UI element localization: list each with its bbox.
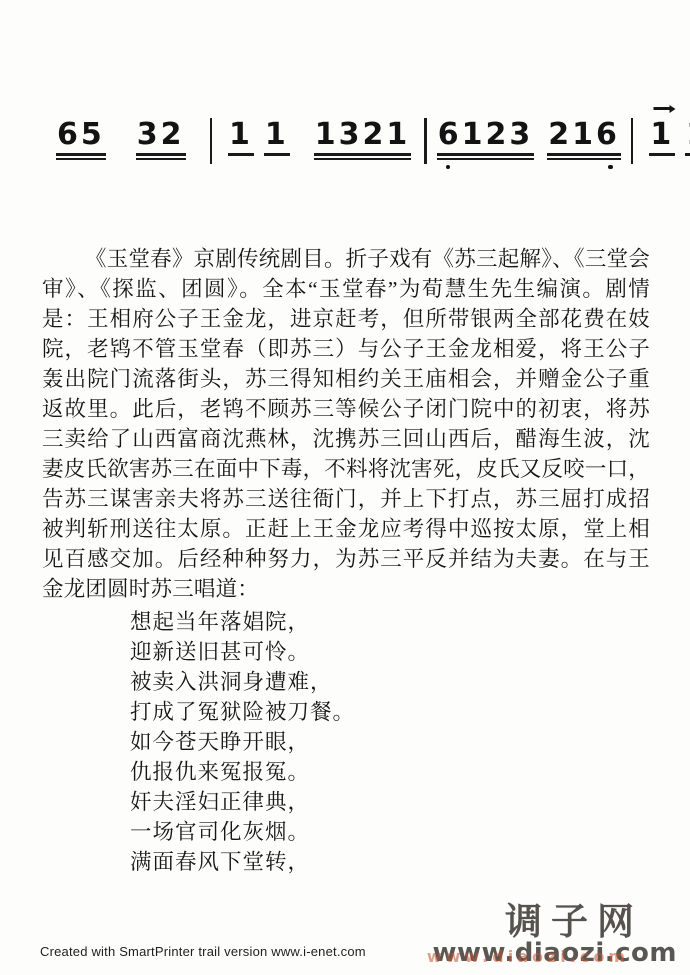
note-digits: 216	[547, 120, 621, 156]
verse-line: 满面春风下堂转，	[130, 847, 355, 877]
note-digits: 1	[649, 120, 675, 156]
jianpu-notation-line: 65 32 1 1 1321 6123 216 1 1	[56, 100, 690, 164]
prose-line: 见百感交加。后经种种努力，为苏三平反并结为夫妻。在与王	[42, 544, 650, 574]
scanned-book-page: 65 32 1 1 1321 6123 216 1 1	[0, 0, 690, 975]
note-group: 32	[136, 120, 186, 156]
prose-line: 轰出院门流落街头，苏三得知相约关王庙相会，并赠金公子重	[42, 364, 650, 394]
verse-line: 被卖入洪洞身遭难，	[130, 667, 355, 697]
note-group: 1	[649, 120, 675, 156]
prose-line: 金龙团圆时苏三唱道：	[42, 574, 650, 604]
prose-line: 《玉堂春》京剧传统剧目。折子戏有《苏三起解》、《三堂会	[42, 244, 650, 274]
verse-line: 迎新送旧甚可怜。	[130, 637, 355, 667]
note-digits: 1	[228, 120, 254, 156]
note-digits: 1	[264, 120, 290, 156]
verse-line: 如今苍天睁开眼，	[130, 727, 355, 757]
note-digits: 1321	[314, 120, 412, 156]
prose-line: 是：王相府公子王金龙，进京赶考，但所带银两全部花费在妓	[42, 304, 650, 334]
smartprinter-footer: Created with SmartPrinter trail version …	[40, 944, 366, 959]
diaozi-watermark: www.diaozi.com 调子网 www.diaozi.com	[433, 902, 678, 968]
note-digits: 6123	[437, 120, 535, 156]
note-digits: 32	[136, 120, 186, 156]
verse-line: 奸夫淫妇正律典，	[130, 787, 355, 817]
lyrics-verse: 想起当年落娼院， 迎新送旧甚可怜。 被卖入洪洞身遭难， 打成了冤狱险被刀餐。 如…	[130, 607, 355, 877]
prose-line: 告苏三谋害亲夫将苏三送往衙门，并上下打点，苏三屈打成招	[42, 484, 650, 514]
barline	[631, 118, 634, 164]
watermark-ghost-red: www.diaozi.com	[427, 947, 629, 966]
barline	[424, 118, 427, 164]
watermark-site-name: 调子网	[433, 902, 644, 943]
synopsis-paragraph: 《玉堂春》京剧传统剧目。折子戏有《苏三起解》、《三堂会 审》、《探监、团圆》。全…	[42, 244, 650, 604]
glide-dash-arrow-icon	[654, 107, 671, 110]
note-group: 1321	[314, 120, 412, 156]
note-group: 6123	[437, 120, 535, 156]
low-octave-dot	[608, 165, 613, 170]
verse-line: 一场官司化灰烟。	[130, 817, 355, 847]
low-octave-dot	[446, 165, 451, 170]
barline	[210, 118, 213, 164]
prose-line: 妻皮氏欲害苏三在面中下毒，不料将沈害死，皮氏又反咬一口，	[42, 454, 650, 484]
note-group: 65	[56, 120, 106, 156]
note-digits: 65	[56, 120, 106, 156]
verse-line: 仇报仇来冤报冤。	[130, 757, 355, 787]
prose-line: 三卖给了山西富商沈燕林，沈携苏三回山西后，醋海生波，沈	[42, 424, 650, 454]
verse-line: 想起当年落娼院，	[130, 607, 355, 637]
note-group: 216	[547, 120, 621, 156]
note-group: 1	[228, 120, 254, 156]
prose-line: 返故里。此后，老鸨不顾苏三等候公子闭门院中的初衷，将苏	[42, 394, 650, 424]
verse-line: 打成了冤狱险被刀餐。	[130, 697, 355, 727]
note-group: 1	[264, 120, 290, 156]
prose-line: 审》、《探监、团圆》。全本“玉堂春”为荀慧生先生编演。剧情	[42, 274, 650, 304]
note-digits: 1	[685, 120, 690, 156]
prose-line: 院，老鸨不管玉堂春（即苏三）与公子王金龙相爱，将王公子	[42, 334, 650, 364]
note-group: 1	[685, 120, 690, 156]
prose-line: 被判斩刑送往太原。正赶上王金龙应考得中巡按太原，堂上相	[42, 514, 650, 544]
